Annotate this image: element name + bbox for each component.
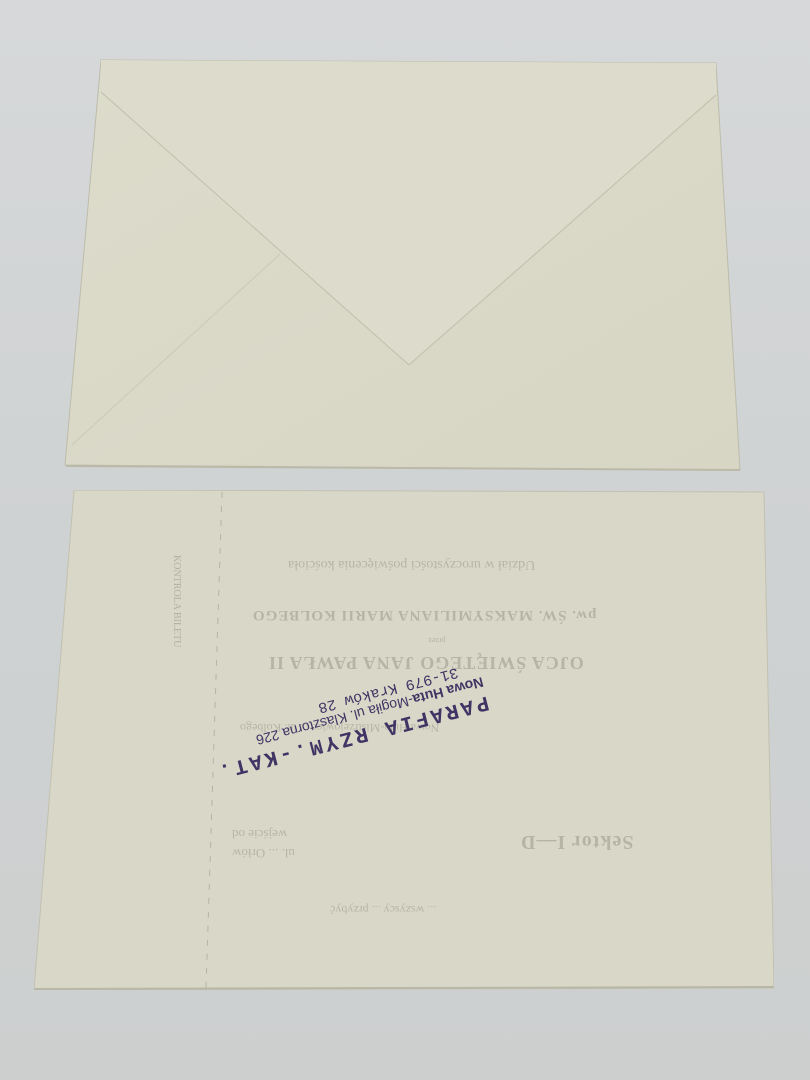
- card-sector: Sektor I—D: [520, 830, 634, 853]
- envelope: [0, 0, 810, 480]
- card-footer: ... wszyscy ... przybyć: [330, 902, 436, 917]
- card-text-line1: Udział w uroczystości poświęcenia kościo…: [288, 556, 535, 572]
- card-entry-line2: ul. ... Orłów: [232, 845, 295, 861]
- card-entry-line1: wejście od: [232, 826, 287, 842]
- card-stub-text: KONTROLA BILETU: [171, 555, 182, 648]
- card-text-line3: przez: [428, 636, 445, 645]
- card-text-line2: pw. ŚW. MAKSYMILIANA MARII KOLBEGO: [252, 606, 596, 623]
